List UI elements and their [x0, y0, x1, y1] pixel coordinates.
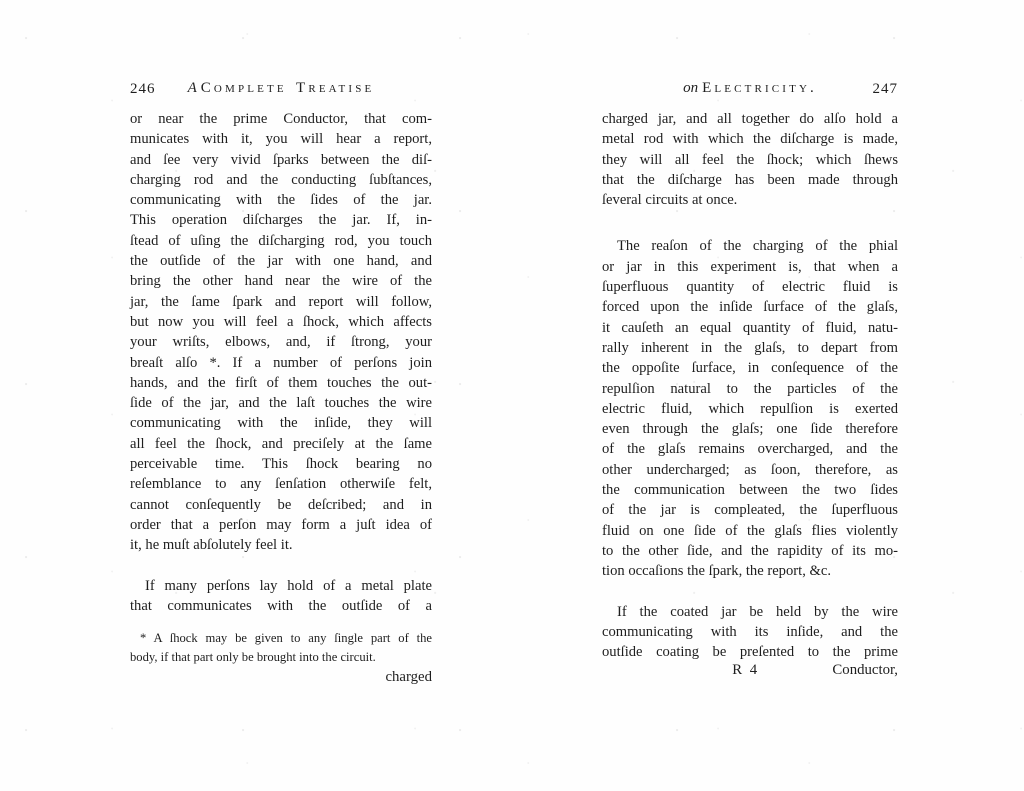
footnote-line: body, if that part only be brought into …	[130, 648, 432, 667]
text-line: ſeveral circuits at once.	[602, 190, 898, 210]
text-line: charging rod and the conducting ſubſtanc…	[130, 170, 432, 190]
paragraph: If many perſons lay hold of a metal plat…	[130, 576, 432, 617]
gathering-signature: R 4	[732, 662, 759, 679]
text-line: even through the glaſs; one ſide therefo…	[602, 419, 898, 439]
text-line: that the diſcharge has been made through	[602, 170, 898, 190]
catchword-right: Conductor,	[832, 662, 898, 679]
text-line: The reaſon of the charging of the phial	[602, 236, 898, 256]
text-line: forced upon the inſide ſurface of the gl…	[602, 297, 898, 317]
text-line: hands, and the firſt of them touches the…	[130, 373, 432, 393]
text-line: outſide coating be preſented to the prim…	[602, 642, 898, 662]
paragraph: If the coated jar be held by the wirecom…	[602, 602, 898, 663]
text-line: or jar in this experiment is, that when …	[602, 257, 898, 277]
text-line: ſide of the jar, and the laſt touches th…	[130, 393, 432, 413]
page-number-left: 246	[130, 81, 156, 98]
text-line: jar, the ſame ſpark and report will foll…	[130, 292, 432, 312]
text-line: the outſide of the jar with one hand, an…	[130, 251, 432, 271]
text-line: or near the prime Conductor, that com-	[130, 109, 432, 129]
book-scan: 246 AComplete Treatise or near the prime…	[0, 0, 1024, 791]
footnote-left: * A ſhock may be given to any ſingle par…	[130, 629, 432, 666]
text-line: other undercharged; as ſoon, therefore, …	[602, 460, 898, 480]
text-line: that communicates with the outſide of a	[130, 596, 432, 616]
running-header-right: onElectricity. 247	[602, 80, 898, 102]
text-line: perceivable time. This ſhock bearing no	[130, 454, 432, 474]
running-title-caps-right: Electricity.	[702, 80, 817, 96]
paragraph: The reaſon of the charging of the phialo…	[602, 236, 898, 581]
text-line: reſemblance to any ſenſation otherwiſe f…	[130, 474, 432, 494]
paragraph: or near the prime Conductor, that com-mu…	[130, 109, 432, 556]
text-line: repulſion natural to the particles of th…	[602, 379, 898, 399]
text-line: municates with it, you will hear a repor…	[130, 129, 432, 149]
text-line: it, he muſt abſolutely feel it.	[130, 535, 432, 555]
text-line: your wriſts, elbows, and, if ſtrong, you…	[130, 332, 432, 352]
text-line: the oppoſite ſurface, in conſequence of …	[602, 358, 898, 378]
text-line: charged jar, and all together do alſo ho…	[602, 109, 898, 129]
text-line: If the coated jar be held by the wire	[602, 602, 898, 622]
text-line: electric fluid, which repulſion is exert…	[602, 399, 898, 419]
text-line: they will all feel the ſhock; which ſhew…	[602, 150, 898, 170]
signature-line: R 4 Conductor,	[602, 662, 898, 682]
running-title-italic-left: A	[188, 80, 197, 96]
text-line: ſuperfluous quantity of electric fluid i…	[602, 277, 898, 297]
paragraph: charged jar, and all together do alſo ho…	[602, 109, 898, 210]
text-line: communicating with the ſides of the jar.	[130, 190, 432, 210]
running-header-left: 246 AComplete Treatise	[130, 80, 432, 102]
running-title-right: onElectricity.	[602, 80, 898, 97]
text-line: rally inherent in the glaſs, to depart f…	[602, 338, 898, 358]
text-line: cannot conſequently be deſcribed; and in	[130, 495, 432, 515]
text-line: to the other ſide, and the rapidity of i…	[602, 541, 898, 561]
running-title-italic-right: on	[683, 80, 698, 96]
catchword-left: charged	[130, 669, 432, 686]
text-line: of the jar is compleated, the ſuperfluou…	[602, 500, 898, 520]
text-body-left: or near the prime Conductor, that com-mu…	[130, 109, 432, 616]
text-line: and ſee very vivid ſparks between the di…	[130, 150, 432, 170]
text-line: of the glaſs remains overcharged, and th…	[602, 439, 898, 459]
text-line: If many perſons lay hold of a metal plat…	[130, 576, 432, 596]
text-line: the communication between the two ſides	[602, 480, 898, 500]
text-line: This operation diſcharges the jar. If, i…	[130, 210, 432, 230]
text-line: communicating with the inſide, they will	[130, 413, 432, 433]
footnote-line: * A ſhock may be given to any ſingle par…	[130, 629, 432, 648]
text-line: fluid on one ſide of the glaſs flies vio…	[602, 521, 898, 541]
text-line: breaſt alſo *. If a number of perſons jo…	[130, 353, 432, 373]
text-line: it cauſeth an equal quantity of fluid, n…	[602, 318, 898, 338]
text-line: tion occaſions the ſpark, the report, &c…	[602, 561, 898, 581]
text-line: metal rod with which the diſcharge is ma…	[602, 129, 898, 149]
text-line: order that a perſon may form a juſt idea…	[130, 515, 432, 535]
text-line: communicating with its inſide, and the	[602, 622, 898, 642]
running-title-left: AComplete Treatise	[130, 80, 432, 97]
page-left-246: 246 AComplete Treatise or near the prime…	[130, 80, 432, 686]
running-title-caps-left: Complete Treatise	[201, 80, 375, 96]
text-line: all feel the ſhock, and preciſely at the…	[130, 434, 432, 454]
text-line: ſtead of uſing the diſcharging rod, you …	[130, 231, 432, 251]
page-number-right: 247	[873, 81, 899, 98]
text-line: bring the other hand near the wire of th…	[130, 271, 432, 291]
page-right-247: onElectricity. 247 charged jar, and all …	[602, 80, 898, 683]
text-body-right: charged jar, and all together do alſo ho…	[602, 109, 898, 662]
text-line: but now you will feel a ſhock, which aff…	[130, 312, 432, 332]
